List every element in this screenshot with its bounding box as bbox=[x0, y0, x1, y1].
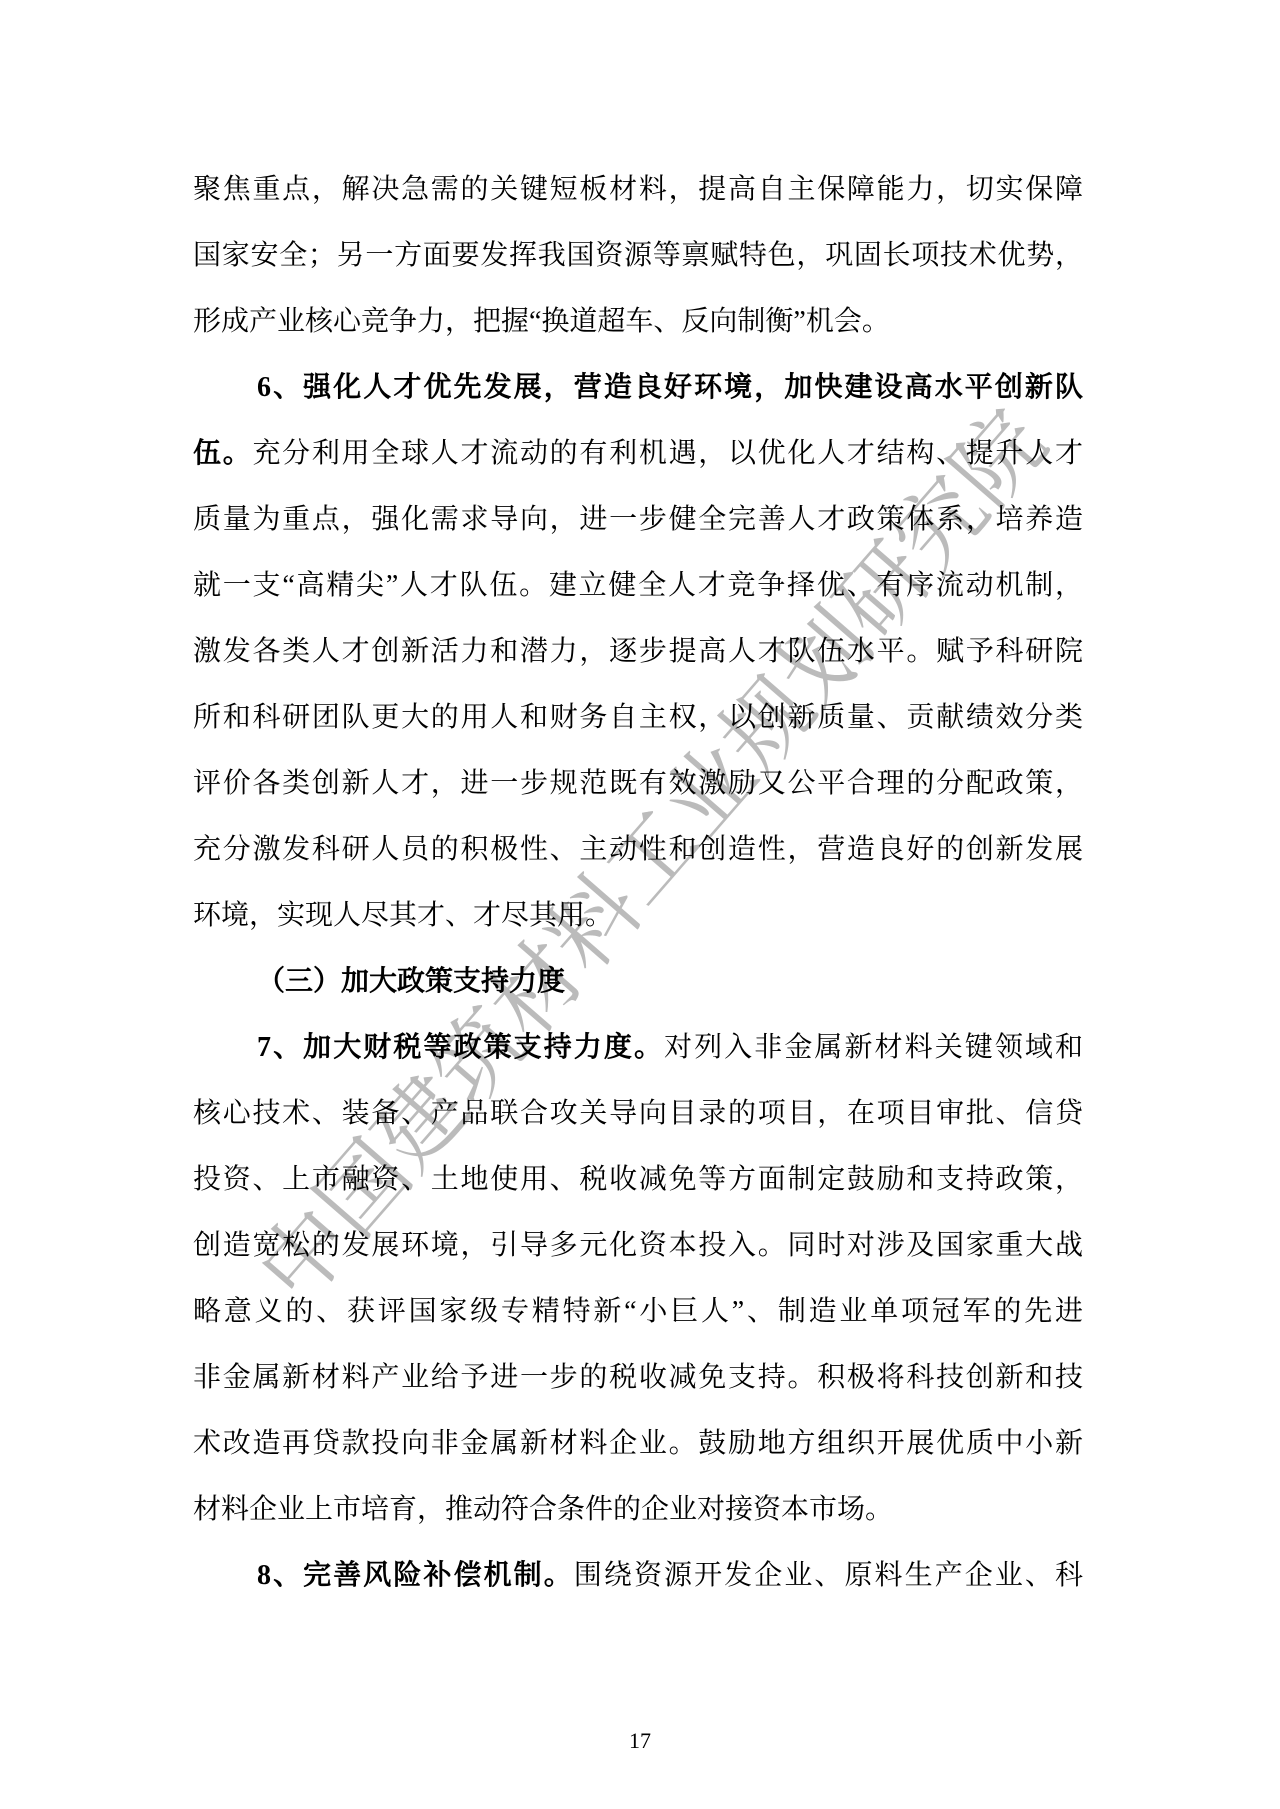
text-run-bold: （三）加大政策支持力度 bbox=[257, 966, 565, 997]
text-run: 对列入非金属新材料关键领域和 bbox=[664, 1032, 1083, 1063]
text-run-bold: 伍。 bbox=[193, 438, 252, 469]
text-line: 非金属新材料产业给予进一步的税收减免支持。积极将科技创新和技 bbox=[193, 1345, 1083, 1411]
text-run-bold: 6、强化人才优先发展，营造良好环境，加快建设高水平创新队 bbox=[257, 372, 1083, 403]
text-run: 质量为重点，强化需求导向，进一步健全完善人才政策体系，培养造 bbox=[193, 504, 1083, 535]
text-run: 充分激发科研人员的积极性、主动性和创造性，营造良好的创新发展 bbox=[193, 834, 1083, 865]
text-line: 伍。充分利用全球人才流动的有利机遇，以优化人才结构、提升人才 bbox=[193, 421, 1083, 487]
text-run: 国家安全；另一方面要发挥我国资源等禀赋特色，巩固长项技术优势， bbox=[193, 240, 1083, 271]
text-line: 8、完善风险补偿机制。围绕资源开发企业、原料生产企业、科 bbox=[193, 1543, 1083, 1609]
text-line: 核心技术、装备、产品联合攻关导向目录的项目，在项目审批、信贷 bbox=[193, 1081, 1083, 1147]
text-run: 略意义的、获评国家级专精特新“小巨人”、制造业单项冠军的先进 bbox=[193, 1296, 1083, 1327]
text-run: 评价各类创新人才，进一步规范既有效激励又公平合理的分配政策， bbox=[193, 768, 1083, 799]
text-line: 聚焦重点，解决急需的关键短板材料，提高自主保障能力，切实保障 bbox=[193, 157, 1083, 223]
text-run: 投资、上市融资、土地使用、税收减免等方面制定鼓励和支持政策， bbox=[193, 1164, 1083, 1195]
text-line: 评价各类创新人才，进一步规范既有效激励又公平合理的分配政策， bbox=[193, 751, 1083, 817]
page-number: 17 bbox=[0, 1728, 1280, 1754]
text-run: 围绕资源开发企业、原料生产企业、科 bbox=[574, 1560, 1083, 1591]
text-line: 质量为重点，强化需求导向，进一步健全完善人才政策体系，培养造 bbox=[193, 487, 1083, 553]
text-run: 所和科研团队更大的用人和财务自主权，以创新质量、贡献绩效分类 bbox=[193, 702, 1083, 733]
text-line: 术改造再贷款投向非金属新材料企业。鼓励地方组织开展优质中小新 bbox=[193, 1411, 1083, 1477]
text-line: 充分激发科研人员的积极性、主动性和创造性，营造良好的创新发展 bbox=[193, 817, 1083, 883]
text-run: 创造宽松的发展环境，引导多元化资本投入。同时对涉及国家重大战 bbox=[193, 1230, 1083, 1261]
text-run: 术改造再贷款投向非金属新材料企业。鼓励地方组织开展优质中小新 bbox=[193, 1428, 1083, 1459]
text-line: 激发各类人才创新活力和潜力，逐步提高人才队伍水平。赋予科研院 bbox=[193, 619, 1083, 685]
text-run-bold: 7、加大财税等政策支持力度。 bbox=[257, 1032, 664, 1063]
text-run: 环境，实现人尽其才、才尽其用。 bbox=[193, 900, 613, 931]
document-page: 中国建筑材料工业规划研究院 聚焦重点，解决急需的关键短板材料，提高自主保障能力，… bbox=[0, 0, 1280, 1809]
text-run: 就一支“高精尖”人才队伍。建立健全人才竞争择优、有序流动机制， bbox=[193, 570, 1083, 601]
text-run: 非金属新材料产业给予进一步的税收减免支持。积极将科技创新和技 bbox=[193, 1362, 1083, 1393]
text-run: 核心技术、装备、产品联合攻关导向目录的项目，在项目审批、信贷 bbox=[193, 1098, 1083, 1129]
text-run: 聚焦重点，解决急需的关键短板材料，提高自主保障能力，切实保障 bbox=[193, 174, 1083, 205]
text-run: 材料企业上市培育，推动符合条件的企业对接资本市场。 bbox=[193, 1494, 893, 1525]
text-line: 6、强化人才优先发展，营造良好环境，加快建设高水平创新队 bbox=[193, 355, 1083, 421]
text-line: 形成产业核心竞争力，把握“换道超车、反向制衡”机会。 bbox=[193, 289, 1083, 355]
text-run: 形成产业核心竞争力，把握“换道超车、反向制衡”机会。 bbox=[193, 306, 890, 337]
text-run: 充分利用全球人才流动的有利机遇，以优化人才结构、提升人才 bbox=[252, 438, 1083, 469]
text-line: 略意义的、获评国家级专精特新“小巨人”、制造业单项冠军的先进 bbox=[193, 1279, 1083, 1345]
text-block: 聚焦重点，解决急需的关键短板材料，提高自主保障能力，切实保障国家安全；另一方面要… bbox=[193, 157, 1083, 1609]
text-line: 所和科研团队更大的用人和财务自主权，以创新质量、贡献绩效分类 bbox=[193, 685, 1083, 751]
text-line: 国家安全；另一方面要发挥我国资源等禀赋特色，巩固长项技术优势， bbox=[193, 223, 1083, 289]
text-line: 环境，实现人尽其才、才尽其用。 bbox=[193, 883, 1083, 949]
text-line: 创造宽松的发展环境，引导多元化资本投入。同时对涉及国家重大战 bbox=[193, 1213, 1083, 1279]
text-line: （三）加大政策支持力度 bbox=[193, 949, 1083, 1015]
text-run-bold: 8、完善风险补偿机制。 bbox=[257, 1560, 574, 1591]
text-line: 材料企业上市培育，推动符合条件的企业对接资本市场。 bbox=[193, 1477, 1083, 1543]
text-run: 激发各类人才创新活力和潜力，逐步提高人才队伍水平。赋予科研院 bbox=[193, 636, 1083, 667]
text-line: 7、加大财税等政策支持力度。对列入非金属新材料关键领域和 bbox=[193, 1015, 1083, 1081]
text-line: 投资、上市融资、土地使用、税收减免等方面制定鼓励和支持政策， bbox=[193, 1147, 1083, 1213]
text-line: 就一支“高精尖”人才队伍。建立健全人才竞争择优、有序流动机制， bbox=[193, 553, 1083, 619]
